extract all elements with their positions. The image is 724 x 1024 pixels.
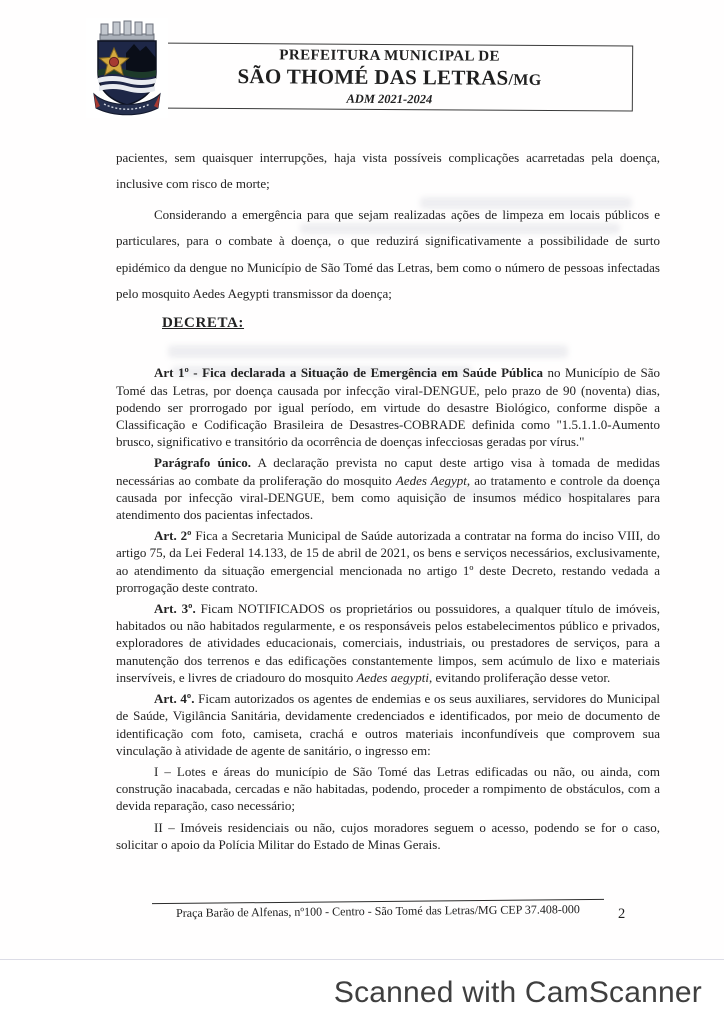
letterhead-box: PREFEITURA MUNICIPAL DE SÃO THOMÉ DAS LE… — [146, 43, 633, 112]
camscanner-watermark: Scanned with CamScanner — [334, 976, 702, 1010]
letterhead-org-line: PREFEITURA MUNICIPAL DE — [279, 47, 500, 65]
paragraph: I – Lotes e áreas do município de São To… — [116, 763, 660, 815]
municipal-crest — [86, 18, 168, 118]
footer-address: Praça Barão de Alfenas, nº100 - Centro -… — [152, 902, 604, 921]
paragraph: pacientes, sem quaisquer interrupções, h… — [116, 145, 660, 198]
paragraph: Art. 3º. Ficam NOTIFICADOS os proprietár… — [116, 600, 660, 686]
letterhead-adm-term: ADM 2021-2024 — [346, 91, 432, 107]
paragraph: Considerando a emergência para que sejam… — [116, 202, 660, 308]
screenshot-root: PREFEITURA MUNICIPAL DE SÃO THOMÉ DAS LE… — [0, 0, 724, 1024]
paragraph: II – Imóveis residenciais ou não, cujos … — [116, 819, 660, 853]
document-body: pacientes, sem quaisquer interrupções, h… — [116, 145, 660, 857]
letterhead-city-name: SÃO THOMÉ DAS LETRAS/MG — [237, 65, 541, 92]
paragraph: Art 1º - Fica declarada a Situação de Em… — [116, 364, 660, 450]
paragraph: Art. 2º Fica a Secretaria Municipal de S… — [116, 527, 660, 596]
scanned-document-page: PREFEITURA MUNICIPAL DE SÃO THOMÉ DAS LE… — [0, 0, 724, 960]
page-number: 2 — [618, 906, 625, 923]
paragraph: Parágrafo único. A declaração prevista n… — [116, 454, 660, 523]
coat-of-arms-icon — [88, 20, 166, 116]
camscanner-strip: Scanned with CamScanner — [0, 961, 724, 1024]
paragraph: Art. 4º. Ficam autorizados os agentes de… — [116, 690, 660, 759]
letterhead-city-suffix: /MG — [509, 71, 542, 88]
decree-heading: DECRETA: — [162, 315, 660, 332]
